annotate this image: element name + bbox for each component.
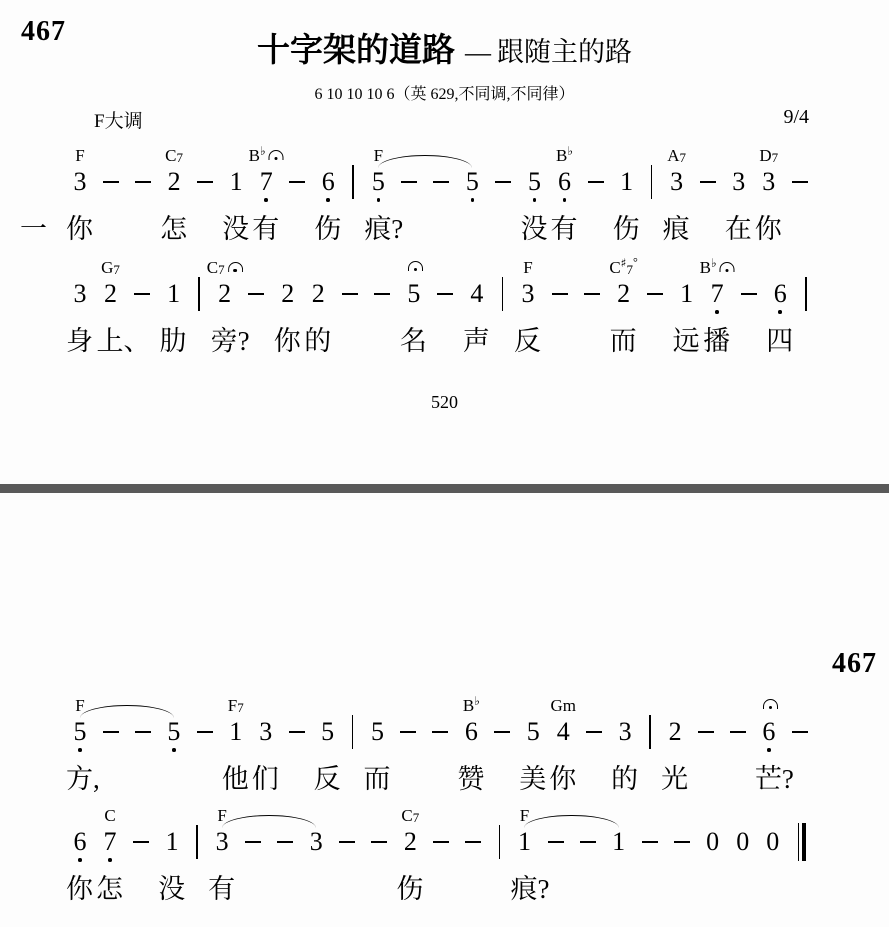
duration-dash — [787, 696, 813, 733]
music-system-2: 32G712C722543F2C♯7°17B♭6 身上、肋旁?你的名声反而远播四 — [0, 258, 889, 362]
chord-label: G7 — [101, 258, 120, 278]
note-number: 3 — [732, 168, 745, 196]
lyric-syllable: 伤 — [314, 212, 341, 246]
duration-dash — [642, 258, 668, 295]
note-number: 4 — [470, 280, 483, 308]
lyric-syllable: 伤 — [613, 212, 640, 246]
note: 3 — [613, 696, 637, 746]
note-number: 3 — [259, 718, 272, 746]
note: 4Gm — [551, 696, 575, 746]
lyric-syllable: 没 — [222, 212, 249, 246]
note: 6 — [68, 806, 92, 862]
lyric-syllable: 痕? — [364, 212, 403, 246]
note: 1 — [607, 806, 631, 856]
lyric-syllable: 名 — [400, 324, 427, 358]
lyric-syllable: 没 — [520, 212, 547, 246]
hymn-page: 467 十字架的道路—跟随主的路 6 10 10 10 6（英 629,不同调,… — [0, 0, 889, 927]
duration-dash — [284, 146, 310, 183]
duration-dash — [490, 146, 516, 183]
duration-dash — [284, 696, 310, 733]
note-number: 1 — [166, 828, 179, 856]
octave-dot — [264, 198, 268, 202]
duration-dash — [736, 258, 762, 295]
lyric-syllable: 反 — [314, 762, 341, 796]
note-number: 5 — [372, 168, 385, 196]
duration-dash — [489, 696, 515, 733]
note: 6B♭ — [459, 696, 483, 746]
note-number: 1 — [229, 718, 242, 746]
octave-dot — [533, 198, 537, 202]
note: 3F — [516, 258, 540, 308]
note: 7B♭ — [705, 258, 729, 314]
note: 3 — [304, 806, 328, 856]
octave-dot — [326, 198, 330, 202]
lyrics-row: 你怎没有伤痕? — [0, 872, 889, 908]
lyric-syllable: 你 — [755, 212, 782, 246]
barline — [346, 146, 360, 199]
lyrics-row: 一你怎没有伤痕?没有伤痕在你 — [0, 212, 889, 248]
duration-dash — [129, 258, 155, 295]
octave-dot — [715, 310, 719, 314]
duration-dash — [334, 806, 360, 843]
lyric-syllable: 声 — [463, 324, 490, 358]
note: 3F — [210, 806, 234, 856]
lyric-syllable: 你 — [66, 872, 93, 906]
lyric-syllable: 的 — [611, 762, 638, 796]
note: 5 — [366, 696, 390, 746]
chord-label: C♯7° — [609, 258, 637, 278]
hymn-number-next-page: 467 — [832, 648, 877, 680]
lyric-syllable: 远 — [673, 324, 700, 358]
chord-label: C — [104, 806, 115, 826]
chord-label: A7 — [667, 146, 686, 166]
chord-label: C7 — [207, 258, 243, 278]
chord-label: C7 — [401, 806, 419, 826]
barline — [495, 258, 509, 311]
note: 3F — [68, 146, 92, 196]
duration-dash — [432, 258, 458, 295]
note-number: 0 — [736, 828, 749, 856]
note-number: 1 — [680, 280, 693, 308]
lyric-syllable: 你 — [549, 762, 576, 796]
lyric-syllable: 没 — [158, 872, 185, 906]
lyrics-row: 方,他们反而赞美你的光芒? — [0, 762, 889, 798]
note: 1 — [675, 258, 699, 308]
octave-dot — [78, 748, 82, 752]
lyric-syllable: 的 — [304, 324, 331, 358]
barline — [346, 696, 360, 749]
title-dash: — — [465, 38, 491, 67]
duration-dash — [130, 146, 156, 183]
note: 3 — [68, 258, 92, 308]
page-number: 520 — [0, 392, 889, 413]
note-number: 3 — [74, 280, 87, 308]
duration-dash — [366, 806, 392, 843]
music-system-3: 5F51F73556B♭54Gm326 方,他们反而赞美你的光芒? — [0, 696, 889, 800]
note: 6B♭ — [553, 146, 577, 202]
lyric-syllable: 方, — [66, 762, 100, 796]
barline — [192, 258, 206, 311]
chord-label: B♭ — [700, 258, 735, 278]
duration-dash — [337, 258, 363, 295]
hymn-title: 十字架的道路 — [257, 31, 455, 68]
chord-label: Gm — [550, 696, 576, 716]
note: 2C7 — [398, 806, 422, 856]
barline — [799, 258, 813, 311]
note: 4 — [465, 258, 489, 308]
chord-label: C7 — [165, 146, 183, 166]
note-row: 5F51F73556B♭54Gm326 — [68, 696, 813, 752]
note-number: 5 — [466, 168, 479, 196]
note-number: 2 — [669, 718, 682, 746]
note: 1 — [162, 258, 186, 308]
note: 3 — [254, 696, 278, 746]
note-number: 7 — [104, 828, 117, 856]
note: 6 — [757, 696, 781, 752]
note-number: 2 — [104, 280, 117, 308]
lyric-syllable: 赞 — [457, 762, 484, 796]
note-number: 3 — [521, 280, 534, 308]
octave-dot — [108, 858, 112, 862]
lyric-syllable: 四 — [766, 324, 793, 358]
chord-label: F — [75, 146, 84, 166]
note: 6 — [316, 146, 340, 202]
lyric-syllable: 他 — [222, 762, 249, 796]
note-number: 1 — [620, 168, 633, 196]
duration-dash — [427, 696, 453, 733]
chord-label: B♭ — [463, 696, 480, 716]
octave-dot — [767, 748, 771, 752]
duration-dash — [243, 258, 269, 295]
note: 1 — [224, 146, 248, 196]
note: 3A7 — [665, 146, 689, 196]
note-number: 6 — [465, 718, 478, 746]
lyric-syllable: 有 — [208, 872, 235, 906]
lyric-syllable: 上、 — [97, 324, 151, 358]
music-system-1: 3F2C717B♭65F556B♭13A733D7 一你怎没有伤痕?没有伤痕在你 — [0, 146, 889, 250]
note-number: 3 — [74, 168, 87, 196]
note-number: 6 — [322, 168, 335, 196]
note: 5 — [316, 696, 340, 746]
note: 5 — [522, 146, 546, 202]
note: 0 — [731, 806, 755, 856]
note: 5F — [366, 146, 390, 202]
note-row: 3F2C717B♭65F556B♭13A733D7 — [68, 146, 813, 202]
note: 5 — [521, 696, 545, 746]
duration-dash — [579, 258, 605, 295]
note-number: 7 — [260, 168, 273, 196]
note-number: 0 — [706, 828, 719, 856]
note-number: 2 — [312, 280, 325, 308]
music-system-4: 67C13F32C71F1000 你怎没有伤痕? — [0, 806, 889, 910]
chord-label: B♭ — [249, 146, 284, 166]
final-barline — [791, 806, 813, 861]
lyric-syllable: 有 — [252, 212, 279, 246]
barline — [190, 806, 204, 859]
hymn-subtitle: 跟随主的路 — [497, 37, 632, 67]
note: 1 — [160, 806, 184, 856]
note-number: 5 — [407, 280, 420, 308]
note-number: 5 — [167, 718, 180, 746]
lyric-syllable: 怎 — [160, 212, 187, 246]
duration-dash — [547, 258, 573, 295]
note-number: 0 — [766, 828, 779, 856]
note: 5F — [68, 696, 92, 752]
note-number: 3 — [216, 828, 229, 856]
duration-dash — [695, 146, 721, 183]
note: 0 — [701, 806, 725, 856]
duration-dash — [98, 146, 124, 183]
note-number: 2 — [404, 828, 417, 856]
lyrics-row: 身上、肋旁?你的名声反而远播四 — [0, 324, 889, 360]
lyric-syllable: 身 — [66, 324, 93, 358]
lyric-syllable: 痕? — [510, 872, 549, 906]
note-number: 5 — [371, 718, 384, 746]
note-number: 2 — [218, 280, 231, 308]
lyric-syllable: 怎 — [96, 872, 123, 906]
note-number: 2 — [617, 280, 630, 308]
key-signature: F大调 — [94, 106, 143, 133]
note: 2 — [276, 258, 300, 308]
time-signature: 9/4 — [783, 106, 809, 129]
note-number: 2 — [281, 280, 294, 308]
lyric-syllable: 而 — [364, 762, 391, 796]
chord-label: F — [523, 258, 532, 278]
fermata-icon — [269, 150, 284, 160]
barline — [643, 696, 657, 749]
note: 2C7 — [162, 146, 186, 196]
note: 1F7 — [224, 696, 248, 746]
lyric-syllable: 一 — [20, 212, 47, 246]
lyric-syllable: 有 — [551, 212, 578, 246]
duration-dash — [192, 696, 218, 733]
page-divider — [0, 484, 889, 493]
duration-dash — [428, 806, 454, 843]
chord-label: D7 — [759, 146, 778, 166]
duration-dash — [460, 806, 486, 843]
note: 3 — [727, 146, 751, 196]
lyric-syllable: 芒? — [755, 762, 794, 796]
octave-dot — [778, 310, 782, 314]
octave-dot — [471, 198, 475, 202]
note-number: 5 — [527, 718, 540, 746]
note: 2C♯7° — [612, 258, 636, 308]
note-number: 2 — [168, 168, 181, 196]
lyric-syllable: 旁? — [211, 324, 250, 358]
barline — [645, 146, 659, 199]
barline — [492, 806, 506, 859]
octave-dot — [78, 858, 82, 862]
lyric-syllable: 美 — [519, 762, 546, 796]
note-number: 3 — [619, 718, 632, 746]
lyric-syllable: 播 — [703, 324, 730, 358]
chord-label: B♭ — [556, 146, 573, 166]
note: 2C7 — [213, 258, 237, 308]
lyric-syllable: 伤 — [396, 872, 423, 906]
lyric-syllable: 你 — [274, 324, 301, 358]
note: 5 — [402, 258, 426, 308]
lyric-syllable: 肋 — [160, 324, 187, 358]
note: 5 — [162, 696, 186, 752]
note-number: 5 — [74, 718, 87, 746]
note-number: 6 — [74, 828, 87, 856]
lyric-syllable: 在 — [725, 212, 752, 246]
octave-dot — [377, 198, 381, 202]
note: 5 — [460, 146, 484, 202]
note-number: 1 — [230, 168, 243, 196]
duration-dash — [369, 258, 395, 295]
fermata-icon — [763, 699, 778, 709]
note-number: 7 — [711, 280, 724, 308]
duration-dash — [693, 696, 719, 733]
note-number: 4 — [557, 718, 570, 746]
duration-dash — [583, 146, 609, 183]
note-number: 3 — [670, 168, 683, 196]
octave-dot — [563, 198, 567, 202]
octave-dot — [172, 748, 176, 752]
note: 2 — [663, 696, 687, 746]
duration-dash — [669, 806, 695, 843]
note: 2 — [306, 258, 330, 308]
note: 3D7 — [757, 146, 781, 196]
lyric-syllable: 们 — [252, 762, 279, 796]
duration-dash — [787, 146, 813, 183]
fermata-icon — [720, 262, 735, 272]
note-number: 3 — [762, 168, 775, 196]
note-number: 6 — [762, 718, 775, 746]
lyric-syllable: 反 — [514, 324, 541, 358]
note-number: 1 — [518, 828, 531, 856]
note-row: 67C13F32C71F1000 — [68, 806, 813, 862]
note: 2G7 — [99, 258, 123, 308]
lyric-syllable: 光 — [661, 762, 688, 796]
note: 1 — [615, 146, 639, 196]
note-number: 6 — [558, 168, 571, 196]
lyric-syllable: 而 — [610, 324, 637, 358]
chord-label: F7 — [228, 696, 244, 716]
meter-info: 6 10 10 10 6（英 629,不同调,不同律） — [0, 81, 889, 104]
fermata-holder — [405, 258, 423, 278]
note-number: 5 — [528, 168, 541, 196]
note-number: 5 — [321, 718, 334, 746]
lyric-syllable: 你 — [66, 212, 93, 246]
duration-dash — [725, 696, 751, 733]
fermata-icon — [408, 261, 423, 271]
fermata-icon — [228, 262, 243, 272]
duration-dash — [637, 806, 663, 843]
note: 7B♭ — [254, 146, 278, 202]
note-number: 6 — [774, 280, 787, 308]
note: 1F — [512, 806, 536, 856]
note-row: 32G712C722543F2C♯7°17B♭6 — [68, 258, 813, 314]
duration-dash — [395, 696, 421, 733]
note-number: 3 — [310, 828, 323, 856]
note: 6 — [768, 258, 792, 314]
fermata-holder — [760, 696, 778, 716]
lyric-syllable: 痕 — [663, 212, 690, 246]
title-row: 十字架的道路—跟随主的路 — [0, 24, 889, 71]
note: 0 — [761, 806, 785, 856]
duration-dash — [192, 146, 218, 183]
duration-dash — [581, 696, 607, 733]
note-number: 1 — [612, 828, 625, 856]
note: 7C — [98, 806, 122, 862]
duration-dash — [128, 806, 154, 843]
note-number: 1 — [167, 280, 180, 308]
